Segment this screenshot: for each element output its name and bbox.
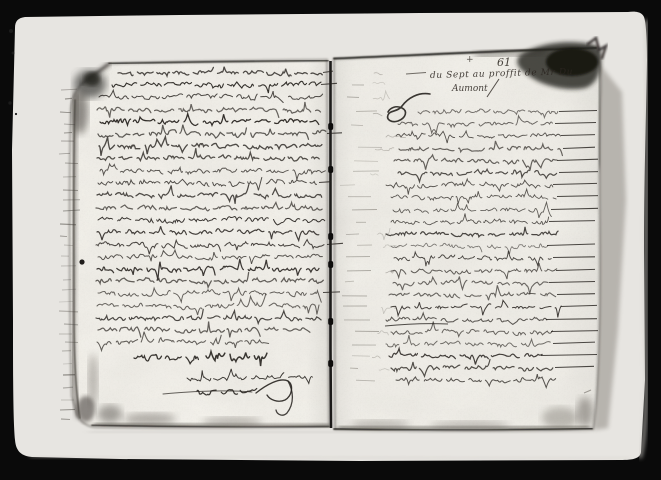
binding-stitch: [328, 166, 333, 173]
header-cross-mark: +: [466, 55, 474, 65]
margin-mark: [356, 111, 377, 112]
margin-mark: [340, 185, 355, 186]
margin-mark: [345, 281, 354, 282]
edge-tick: [65, 342, 78, 343]
margin-mark: [354, 161, 378, 162]
manuscript-scan: 61 + du Sept au proffit de Mr Du Aumont: [0, 0, 661, 480]
binding-stitch: [328, 318, 333, 325]
margin-mark: [352, 356, 370, 357]
edge-tick: [65, 163, 78, 164]
folio-number: 61: [497, 56, 511, 69]
edge-tick: [64, 245, 73, 246]
edge-tick: [59, 311, 78, 312]
line-filler-dash: [553, 257, 595, 258]
scan-canvas: 61 + du Sept au proffit de Mr Du Aumont: [0, 0, 661, 480]
edge-tick: [60, 409, 75, 410]
binding-stitch: [328, 123, 333, 130]
line-filler-dash: [327, 133, 342, 134]
edge-tick: [59, 301, 73, 302]
edge-tick: [65, 98, 72, 99]
binding-stitch: [328, 261, 333, 268]
binding-stitch: [328, 233, 333, 240]
binding-stitch: [328, 360, 333, 367]
line-filler-dash: [323, 292, 340, 293]
margin-mark: [347, 97, 359, 98]
edge-tick: [63, 387, 73, 388]
edge-tick: [64, 324, 78, 325]
header-text-line2: Aumont: [451, 84, 488, 94]
edge-tick: [60, 224, 76, 225]
manuscript-spread: 61 + du Sept au proffit de Mr Du Aumont: [59, 38, 616, 436]
edge-tick: [64, 133, 72, 134]
edge-tick: [60, 236, 67, 237]
